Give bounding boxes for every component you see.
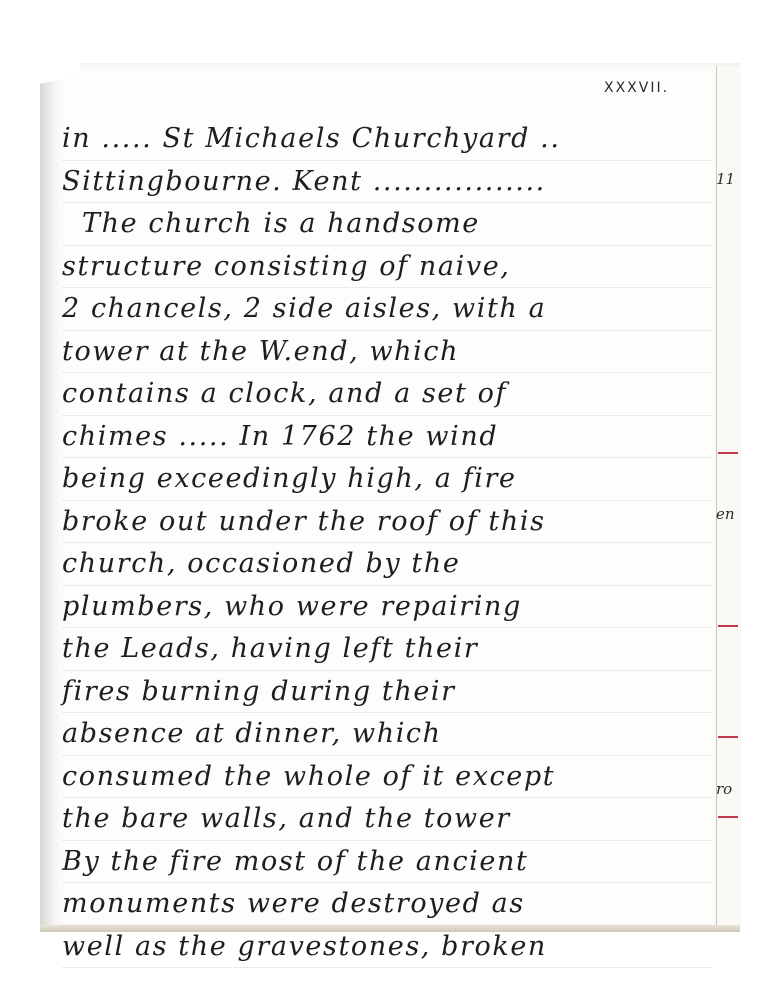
margin-red-tick [718,625,738,627]
text-line: the Leads, having left their [62,628,712,671]
margin-red-tick [718,816,738,818]
page-edge-strip [716,66,741,928]
text-line: plumbers, who were repairing [62,586,712,629]
page-number: XXXVII. [604,80,669,96]
text-line: tower at the W.end, which [62,331,712,374]
margin-fragment: ro [716,780,732,798]
text-line: chimes ..... In 1762 the wind [62,416,712,459]
text-line: in ..... St Michaels Churchyard .. [62,118,712,161]
margin-red-tick [718,736,738,738]
text-line: Sittingbourne. Kent ................. [62,161,712,204]
text-line: church, occasioned by the [62,543,712,586]
margin-fragment: 11 [716,170,735,188]
text-line: being exceedingly high, a fire [62,458,712,501]
margin-fragment: en [716,505,735,523]
text-line: contains a clock, and a set of [62,373,712,416]
text-line: consumed the whole of it except [62,756,712,799]
text-line: The church is a handsome [62,203,712,246]
text-line: structure consisting of naive, [62,246,712,289]
text-line: monuments were destroyed as [62,883,712,926]
text-line: absence at dinner, which [62,713,712,756]
text-line: By the fire most of the ancient [62,841,712,884]
margin-red-tick [718,452,738,454]
text-line: the bare walls, and the tower [62,798,712,841]
text-line: broke out under the roof of this [62,501,712,544]
text-line: fires burning during their [62,671,712,714]
text-line: 2 chancels, 2 side aisles, with a [62,288,712,331]
handwritten-text-block: in ..... St Michaels Churchyard .. Sitti… [62,118,712,968]
text-line: well as the gravestones, broken [62,926,712,969]
